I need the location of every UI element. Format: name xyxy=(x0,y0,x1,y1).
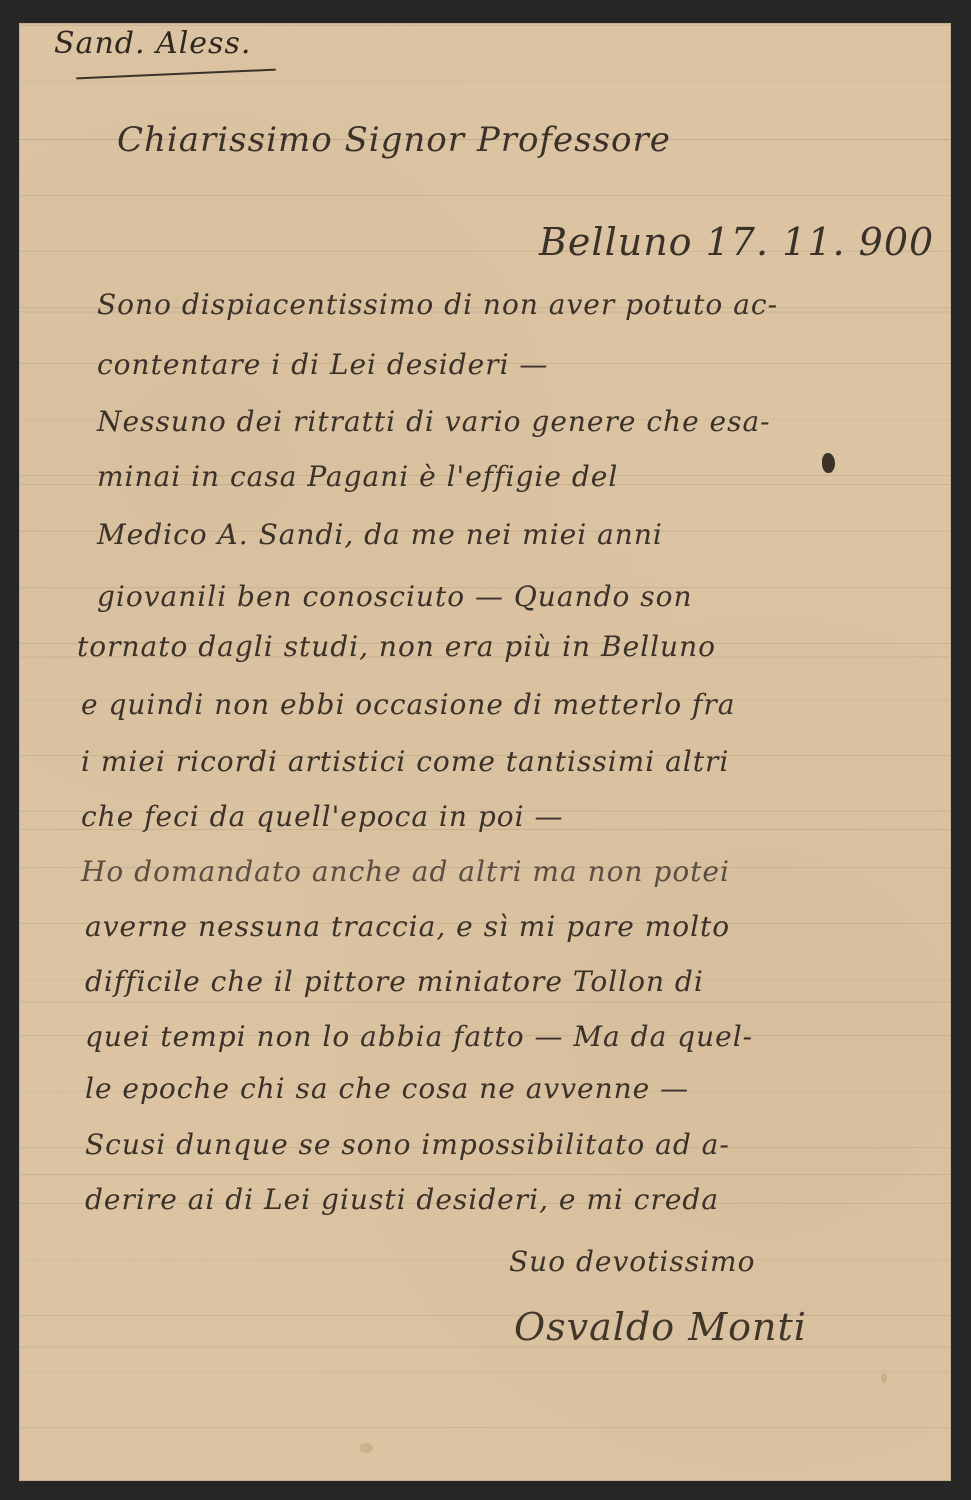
salutation: Chiarissimo Signor Professore xyxy=(117,123,671,157)
closing: Suo devotissimo xyxy=(509,1248,755,1276)
body-line: quei tempi non lo abbia fatto — Ma da qu… xyxy=(85,1023,753,1051)
body-line: contentare i di Lei desideri — xyxy=(97,351,548,379)
body-line: i miei ricordi artistici come tantissimi… xyxy=(81,748,729,776)
body-line: le epoche chi sa che cosa ne avvenne — xyxy=(85,1075,689,1103)
body-line: derire ai di Lei giusti desideri, e mi c… xyxy=(85,1186,719,1214)
body-line: difficile che il pittore miniatore Tollo… xyxy=(85,968,704,996)
body-line: giovanili ben conosciuto — Quando son xyxy=(97,583,693,611)
body-line: Nessuno dei ritratti di vario genere che… xyxy=(97,408,771,436)
body-line: che feci da quell'epoca in poi — xyxy=(81,803,563,831)
body-line: Ho domandato anche ad altri ma non potei xyxy=(81,858,730,886)
body-line: e quindi non ebbi occasione di metterlo … xyxy=(81,691,735,719)
body-line: averne nessuna traccia, e sì mi pare mol… xyxy=(85,913,730,941)
archival-note: Sand. Aless. xyxy=(54,29,251,59)
body-line: Sono dispiacentissimo di non aver potuto… xyxy=(97,291,778,319)
paper-stain xyxy=(881,1373,887,1383)
signature: Osvaldo Monti xyxy=(514,1308,807,1346)
body-line: minai in casa Pagani è l'effigie del xyxy=(97,463,618,491)
ink-blot xyxy=(822,453,835,473)
place-date: Belluno 17. 11. 900 xyxy=(539,223,934,261)
body-line: Medico A. Sandi, da me nei miei anni xyxy=(97,521,663,549)
paper-stain xyxy=(359,1443,373,1453)
archival-note-underline xyxy=(76,69,276,80)
body-line: Scusi dunque se sono impossibilitato ad … xyxy=(85,1131,730,1159)
letter-page: Sand. Aless. Chiarissimo Signor Professo… xyxy=(19,23,951,1481)
body-line: tornato dagli studi, non era più in Bell… xyxy=(77,633,716,661)
